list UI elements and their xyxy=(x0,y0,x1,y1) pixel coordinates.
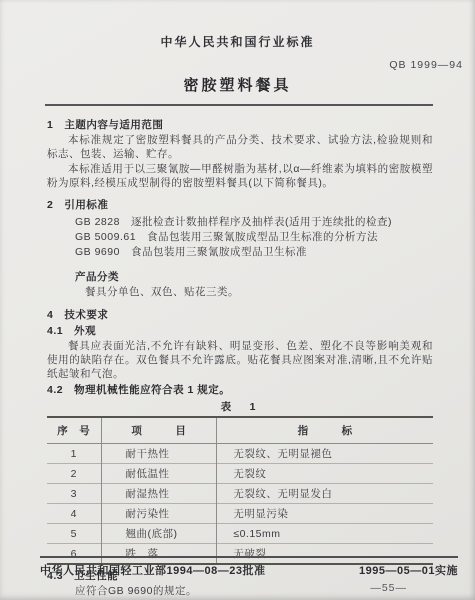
cell-item: 耐干热性 xyxy=(101,444,217,464)
cell-index: 无破裂 xyxy=(217,544,433,565)
cell-item: 耐低温性 xyxy=(101,464,217,484)
cell-serial: 2 xyxy=(47,464,101,484)
section-4-1-heading: 4.1 外观 xyxy=(47,324,433,338)
reference-list: GB 2828 逐批检查计数抽样程序及抽样表(适用于连续批的检查) GB 500… xyxy=(47,215,433,259)
table-header-row: 序 号 项 目 指 标 xyxy=(47,417,433,444)
table-row: 1 耐干热性 无裂纹、无明显褪色 xyxy=(47,444,433,464)
footer-divider xyxy=(40,556,458,558)
table-caption: 表 1 xyxy=(47,400,433,414)
physical-properties-table: 序 号 项 目 指 标 1 耐干热性 无裂纹、无明显褪色 2 耐低温性 无裂纹 xyxy=(47,416,433,565)
reference-item-gb9690: GB 9690 食品包装用三聚氰胺成型品卫生标准 xyxy=(47,245,433,259)
col-header-item: 项 目 xyxy=(101,417,217,444)
section-1-heading: 1 主题内容与适用范围 xyxy=(47,118,433,132)
table-row: 5 翘曲(底部) ≤0.15mm xyxy=(47,524,433,544)
cell-index: 无裂纹 xyxy=(217,464,433,484)
table-row: 2 耐低温性 无裂纹 xyxy=(47,464,433,484)
section-1-paragraph-1: 本标准规定了密胺塑料餐具的产品分类、技术要求、试验方法,检验规则和标志、包装、运… xyxy=(47,133,433,161)
cell-item: 翘曲(底部) xyxy=(101,524,217,544)
section-4-heading: 4 技术要求 xyxy=(47,308,433,322)
standard-type-label: 中华人民共和国行业标准 xyxy=(0,33,475,50)
section-4-2-heading: 4.2 物理机械性能应符合表 1 规定。 xyxy=(47,383,433,397)
classification-text: 餐具分单色、双色、贴花三类。 xyxy=(47,285,433,299)
cell-index: 无裂纹、无明显发白 xyxy=(217,484,433,504)
table-row: 3 耐湿热性 无裂纹、无明显发白 xyxy=(47,484,433,504)
scanned-standard-page: 中华人民共和国行业标准 QB 1999—94 密胺塑料餐具 1 主题内容与适用范… xyxy=(0,0,475,600)
classification-heading: 产品分类 xyxy=(47,270,433,284)
cell-serial: 3 xyxy=(47,484,101,504)
col-header-index: 指 标 xyxy=(217,417,433,444)
cell-serial: 4 xyxy=(47,504,101,524)
header-divider xyxy=(45,104,433,106)
table-body: 1 耐干热性 无裂纹、无明显褪色 2 耐低温性 无裂纹 3 耐湿热性 无裂纹、无… xyxy=(47,444,433,565)
page-number: —55— xyxy=(370,582,407,594)
table-row: 4 耐污染性 无明显污染 xyxy=(47,504,433,524)
cell-serial: 5 xyxy=(47,524,101,544)
reference-item-gb5009: GB 5009.61 食品包装用三聚氰胺成型品卫生标准的分析方法 xyxy=(47,230,433,244)
reference-item-gb2828: GB 2828 逐批检查计数抽样程序及抽样表(适用于连续批的检查) xyxy=(47,215,433,229)
cell-item: 跌 落 xyxy=(101,544,217,565)
cell-serial: 6 xyxy=(47,544,101,565)
section-2-heading: 2 引用标准 xyxy=(47,198,433,212)
implementation-note: 1995—05—01实施 xyxy=(359,562,458,578)
section-1-paragraph-2: 本标准适用于以三聚氰胺—甲醛树脂为基材,以α—纤维素为填料的密胺模塑粉为原料,经… xyxy=(47,162,433,190)
section-4-1-paragraph: 餐具应表面光洁,不允许有缺料、明显变形、色差、塑化不良等影响美观和使用的缺陷存在… xyxy=(47,339,433,381)
approval-note: 中华人民共和国轻工业部1994—08—23批准 xyxy=(40,562,265,578)
cell-item: 耐污染性 xyxy=(101,504,217,524)
cell-serial: 1 xyxy=(47,444,101,464)
standard-number: QB 1999—94 xyxy=(0,59,463,71)
cell-index: 无裂纹、无明显褪色 xyxy=(217,444,433,464)
cell-item: 耐湿热性 xyxy=(101,484,217,504)
cell-index: ≤0.15mm xyxy=(217,524,433,544)
cell-index: 无明显污染 xyxy=(217,504,433,524)
col-header-serial: 序 号 xyxy=(47,417,101,444)
footer-row: 中华人民共和国轻工业部1994—08—23批准 1995—05—01实施 xyxy=(40,562,458,578)
table-row: 6 跌 落 无破裂 xyxy=(47,544,433,565)
document-body: 1 主题内容与适用范围 本标准规定了密胺塑料餐具的产品分类、技术要求、试验方法,… xyxy=(0,118,475,598)
document-title: 密胺塑料餐具 xyxy=(0,74,475,95)
